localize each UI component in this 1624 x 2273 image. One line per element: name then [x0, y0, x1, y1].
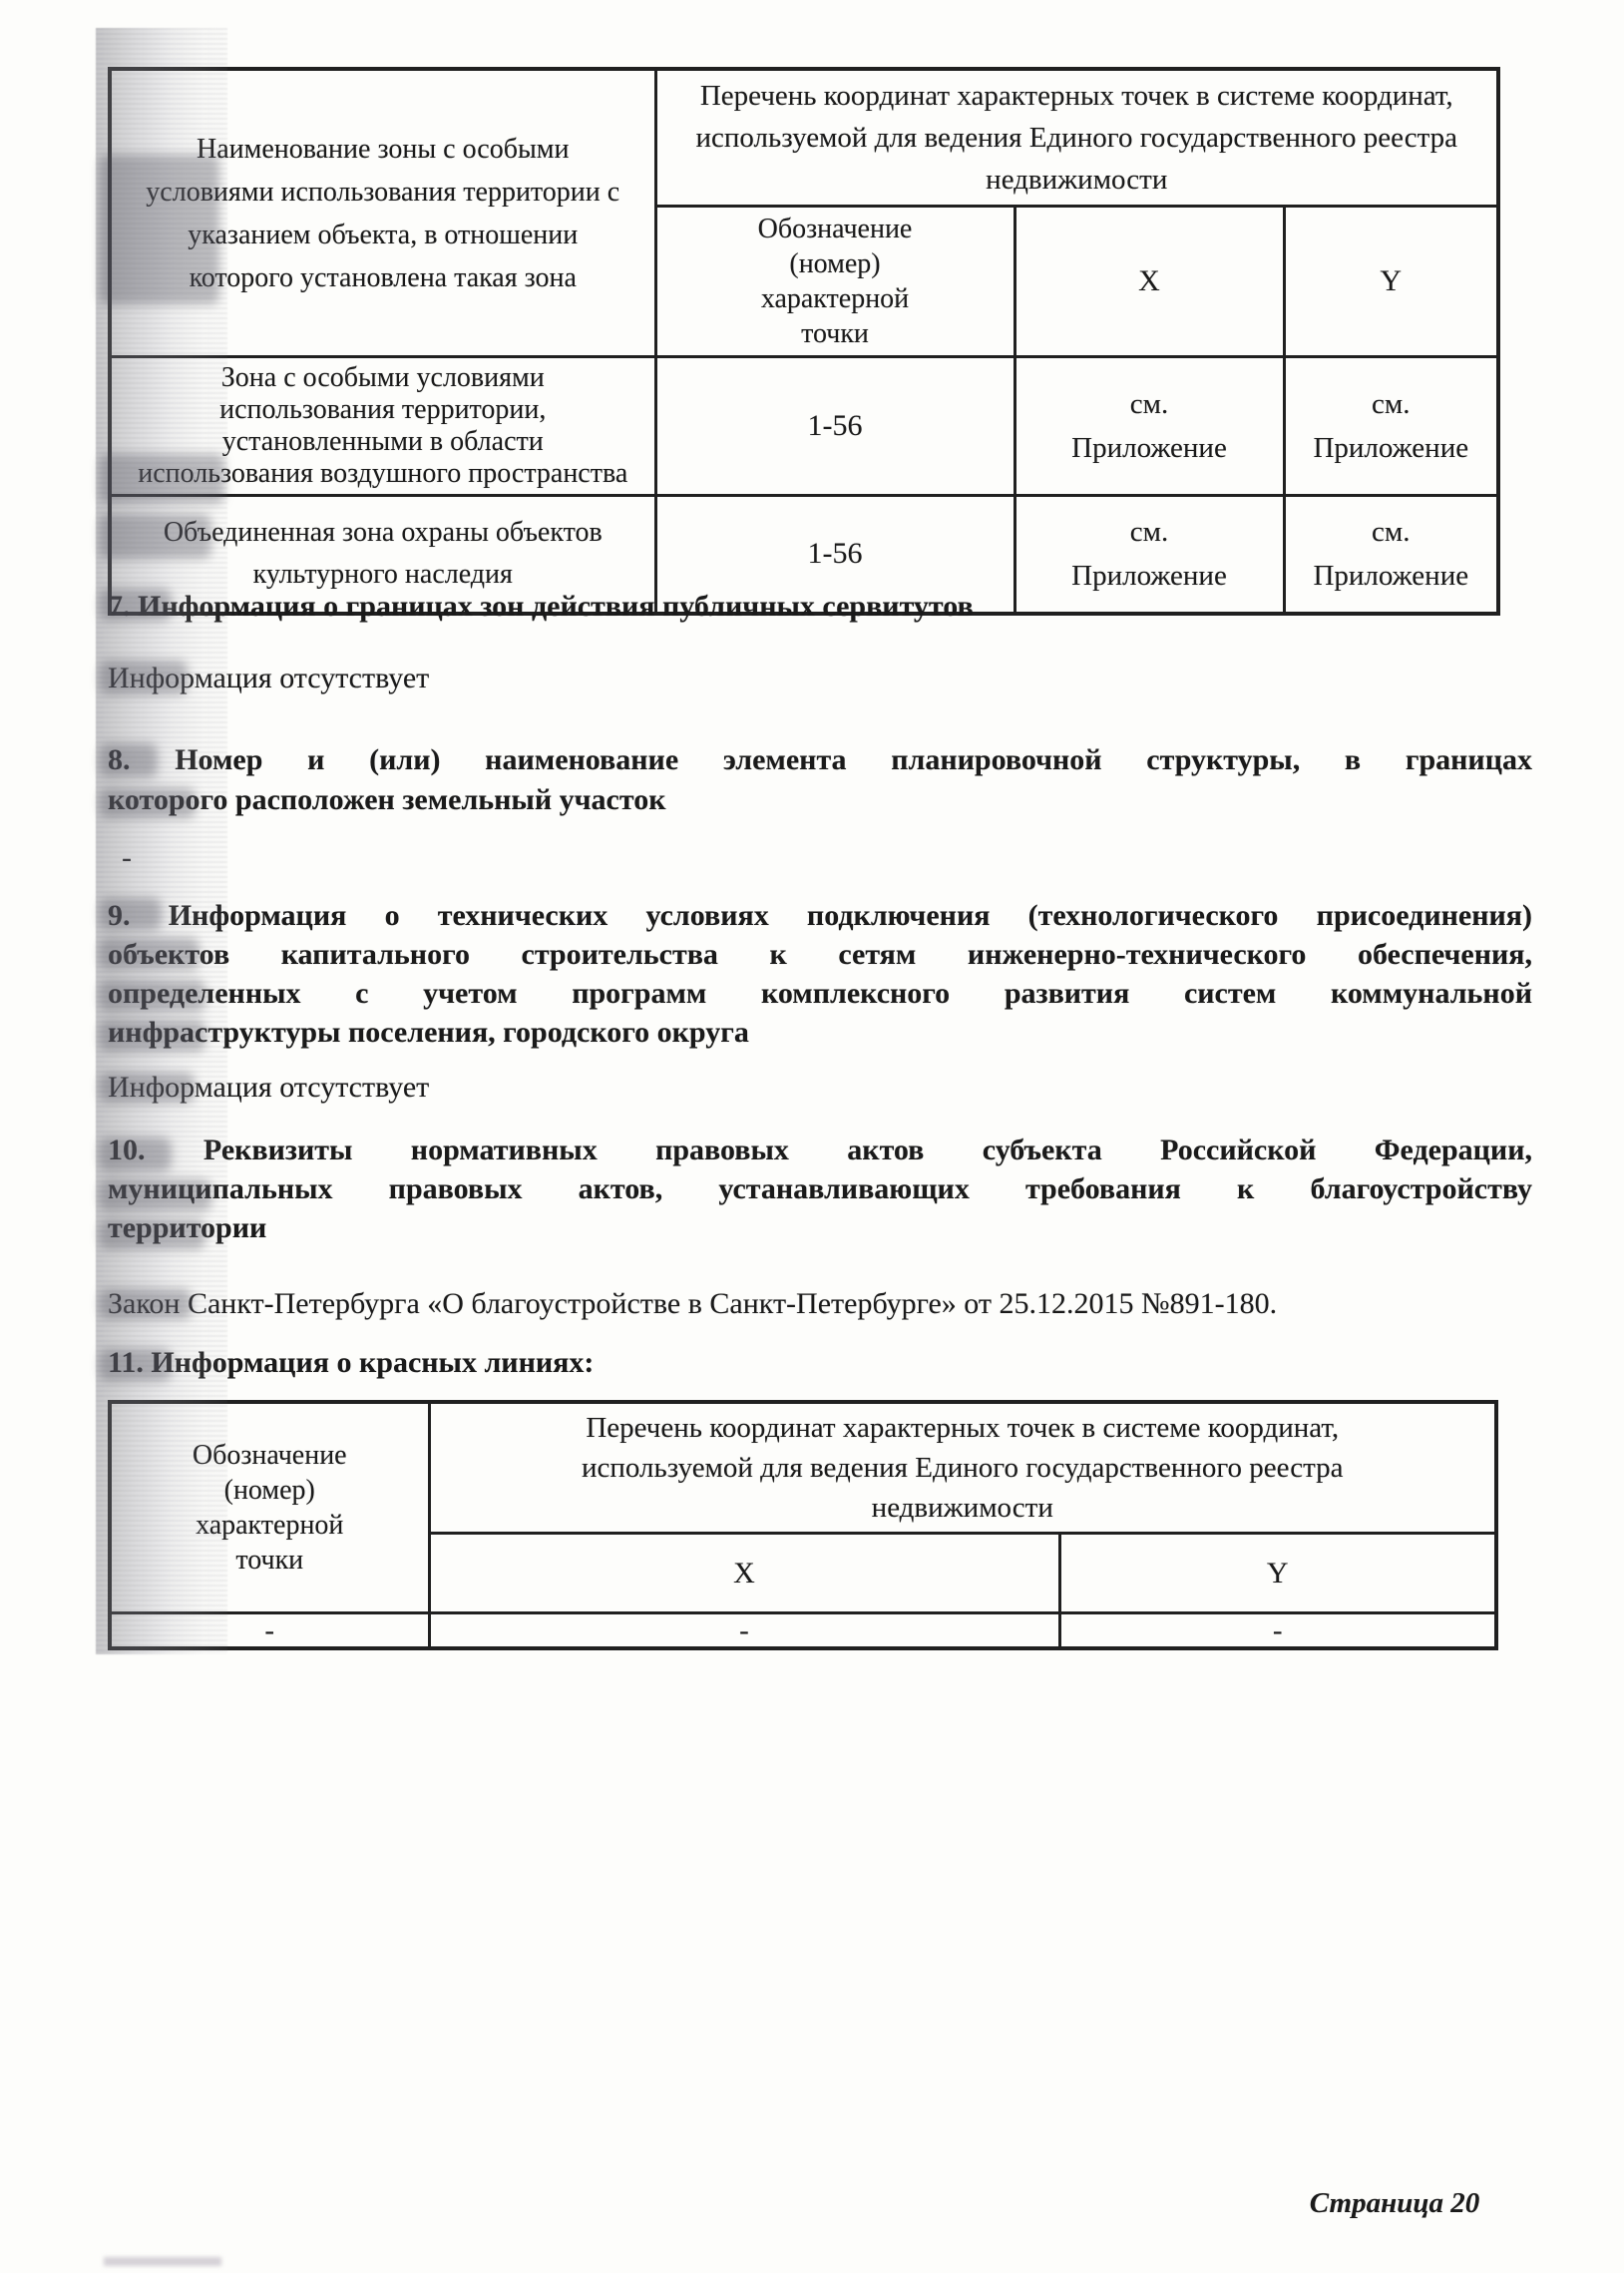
section-11-heading: 11. Информация о красных линиях: [108, 1343, 1534, 1383]
point-col-header-cell: Обозначение (номер) характерной точки [110, 1402, 429, 1613]
section-10-heading: 10. Реквизиты нормативных правовых актов… [108, 1131, 1532, 1247]
table-row: Зона с особыми условиями использования т… [110, 357, 1498, 496]
y-col-header-cell: Y [1284, 207, 1498, 357]
table-header-row: Обозначение (номер) характерной точки Пе… [110, 1402, 1496, 1534]
scan-smudge [104, 2257, 221, 2266]
zone-name-header-cell: Наименование зоны с особыми условиями ис… [110, 69, 655, 357]
y-col-header-cell: Y [1059, 1534, 1496, 1613]
page-number: Страница 20 [1265, 2187, 1524, 2220]
section-7-body: Информация отсутствует [108, 659, 1534, 698]
zones-coordinates-table: Наименование зоны с особыми условиями ис… [108, 67, 1500, 616]
red-lines-coordinates-table: Обозначение (номер) характерной точки Пе… [108, 1400, 1498, 1650]
x-col-header-cell: X [429, 1534, 1059, 1613]
heading-line: 8. Номер и (или) наименование элемента п… [108, 740, 1532, 780]
scanned-document-page: Наименование зоны с особыми условиями ис… [0, 0, 1624, 2273]
heading-line: определенных с учетом программ комплексн… [108, 974, 1532, 1013]
coords-span-header-cell: Перечень координат характерных точек в с… [429, 1402, 1496, 1534]
y-value-cell: см. Приложение [1284, 357, 1498, 496]
coords-span-header-cell: Перечень координат характерных точек в с… [655, 69, 1498, 207]
point-col-header-cell: Обозначение (номер) характерной точки [655, 207, 1015, 357]
heading-line: которого расположен земельный участок [108, 780, 1532, 820]
point-range-cell: 1-56 [655, 357, 1015, 496]
y-value-cell: - [1059, 1613, 1496, 1649]
section-10-body: Закон Санкт-Петербурга «О благоустройств… [108, 1284, 1534, 1324]
heading-line: 9. Информация о технических условиях под… [108, 896, 1532, 935]
table-row: - - - [110, 1613, 1496, 1649]
x-value-cell: - [429, 1613, 1059, 1649]
section-7-heading: 7. Информация о границах зон действия пу… [108, 587, 1534, 627]
section-8-heading: 8. Номер и (или) наименование элемента п… [108, 740, 1532, 820]
heading-line: инфраструктуры поселения, городского окр… [108, 1013, 1532, 1052]
section-9-heading: 9. Информация о технических условиях под… [108, 896, 1532, 1052]
heading-line: 10. Реквизиты нормативных правовых актов… [108, 1131, 1532, 1169]
section-9-body: Информация отсутствует [108, 1068, 1534, 1108]
heading-line: муниципальных правовых актов, устанавлив… [108, 1169, 1532, 1208]
zone-name-cell: Зона с особыми условиями использования т… [110, 357, 655, 496]
heading-line: объектов капитального строительства к се… [108, 935, 1532, 974]
heading-line: территории [108, 1208, 1532, 1247]
point-value-cell: - [110, 1613, 429, 1649]
section-8-body: - [122, 838, 132, 878]
x-col-header-cell: X [1015, 207, 1284, 357]
table-header-row: Наименование зоны с особыми условиями ис… [110, 69, 1498, 207]
x-value-cell: см. Приложение [1015, 357, 1284, 496]
